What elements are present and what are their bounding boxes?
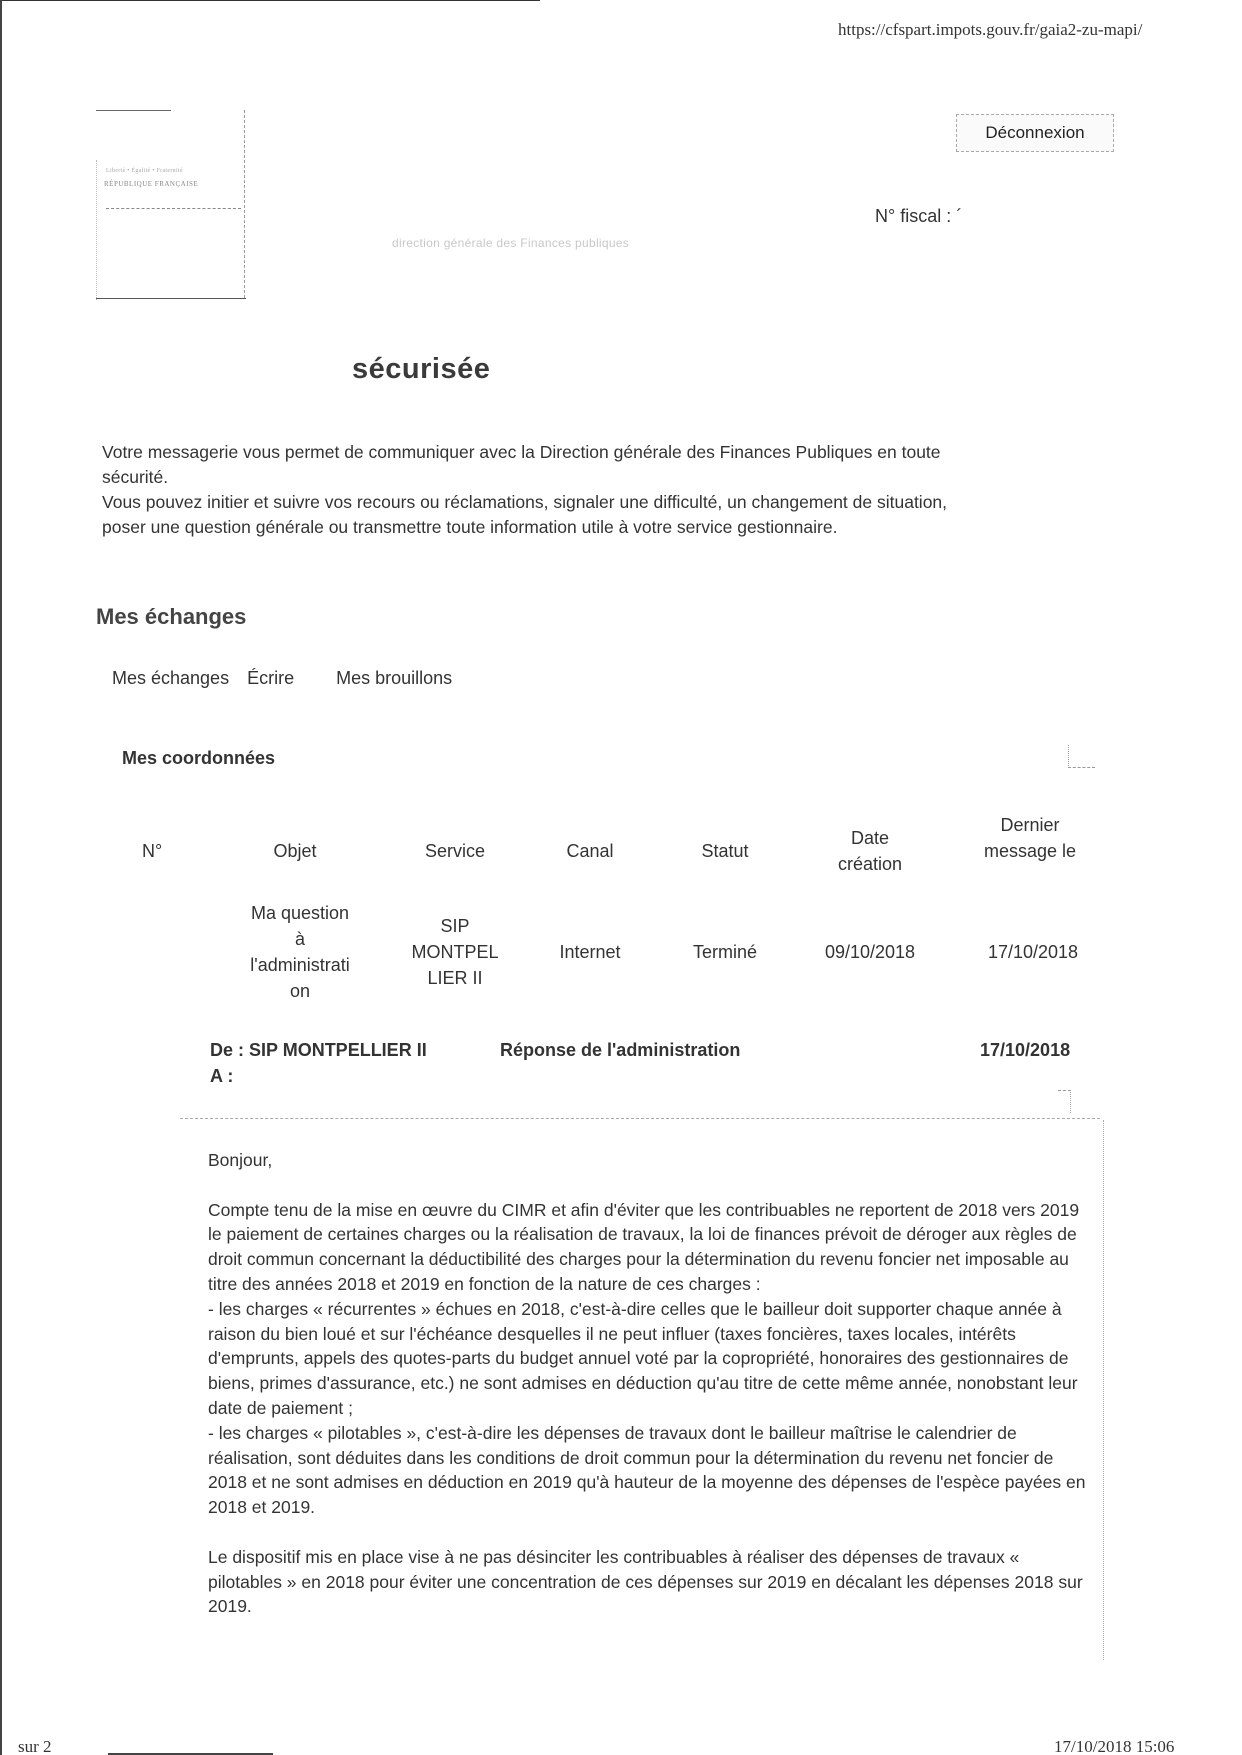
column-header-status: Statut	[685, 838, 765, 864]
intro-paragraph: Vous pouvez initier et suivre vos recour…	[102, 490, 962, 540]
message-paragraph: Compte tenu de la mise en œuvre du CIMR …	[208, 1198, 1088, 1297]
message-from: De : SIP MONTPELLIER II	[210, 1040, 427, 1061]
message-greeting: Bonjour,	[208, 1148, 1088, 1173]
logo-rule	[96, 298, 246, 299]
column-header-last-message: Dernier message le	[975, 812, 1085, 864]
cell-line: MONTPEL	[405, 939, 505, 965]
cell-line: SIP	[405, 913, 505, 939]
column-header-service: Service	[410, 838, 500, 864]
print-timestamp: 17/10/2018 15:06	[1054, 1737, 1174, 1755]
section-title: Mes échanges	[96, 604, 246, 630]
scan-artifact	[1058, 1090, 1071, 1113]
header-line: Date	[820, 825, 920, 851]
logo-republic: RÉPUBLIQUE FRANÇAISE	[104, 180, 198, 188]
agency-name: direction générale des Finances publique…	[392, 236, 629, 250]
tab-my-exchanges[interactable]: Mes échanges	[112, 668, 229, 689]
message-divider	[180, 1118, 1100, 1120]
message-to: A :	[210, 1066, 233, 1087]
logo-motto: Liberté • Égalité • Fraternité	[106, 168, 183, 174]
logo-rule	[96, 160, 98, 300]
cell-object[interactable]: Ma question à l'administrati on	[245, 900, 355, 1004]
cell-line: à	[245, 926, 355, 952]
cell-line: l'administrati	[245, 952, 355, 978]
cell-line: on	[245, 978, 355, 1004]
header-line: création	[820, 851, 920, 877]
tab-write[interactable]: Écrire	[247, 668, 294, 689]
tab-drafts[interactable]: Mes brouillons	[336, 668, 452, 689]
header-line: message le	[975, 838, 1085, 864]
print-url: https://cfspart.impots.gouv.fr/gaia2-zu-…	[838, 20, 1142, 40]
cell-created: 09/10/2018	[820, 939, 920, 965]
logo-rule	[96, 110, 171, 111]
print-page-number: sur 2	[18, 1737, 52, 1755]
cell-service: SIP MONTPEL LIER II	[405, 913, 505, 991]
message-subject: Réponse de l'administration	[500, 1040, 740, 1061]
column-header-object: Objet	[255, 838, 335, 864]
column-header-channel: Canal	[550, 838, 630, 864]
cell-status: Terminé	[685, 939, 765, 965]
logout-button[interactable]: Déconnexion	[956, 114, 1114, 152]
logo-rule	[106, 208, 241, 210]
my-contact-details-link[interactable]: Mes coordonnées	[122, 748, 275, 769]
cell-last-message: 17/10/2018	[978, 939, 1088, 965]
logo-rule	[244, 110, 246, 298]
page-edge-left	[0, 0, 2, 1755]
page-edge-top	[0, 0, 540, 1]
cell-line: LIER II	[405, 965, 505, 991]
message-border	[1103, 1120, 1105, 1660]
message-body: Bonjour, Compte tenu de la mise en œuvre…	[208, 1148, 1088, 1644]
message-bullet: - les charges « pilotables », c'est-à-di…	[208, 1421, 1088, 1520]
cell-channel: Internet	[550, 939, 630, 965]
message-bullet: - les charges « récurrentes » échues en …	[208, 1297, 1088, 1421]
scan-artifact	[1068, 745, 1095, 768]
page-title: sécurisée	[352, 353, 490, 386]
message-paragraph: Le dispositif mis en place vise à ne pas…	[208, 1545, 1088, 1619]
intro-paragraph: Votre messagerie vous permet de communiq…	[102, 440, 962, 490]
fiscal-number: N° fiscal : ´	[875, 206, 962, 227]
column-header-created: Date création	[820, 825, 920, 877]
message-date: 17/10/2018	[980, 1040, 1070, 1061]
header-line: Dernier	[975, 812, 1085, 838]
intro-text: Votre messagerie vous permet de communiq…	[102, 440, 962, 540]
cell-line: Ma question	[245, 900, 355, 926]
marianne-logo: Liberté • Égalité • Fraternité RÉPUBLIQU…	[96, 110, 246, 300]
column-header-number: N°	[142, 838, 162, 864]
exchanges-tabs: Mes échanges Écrire Mes brouillons	[112, 668, 452, 689]
